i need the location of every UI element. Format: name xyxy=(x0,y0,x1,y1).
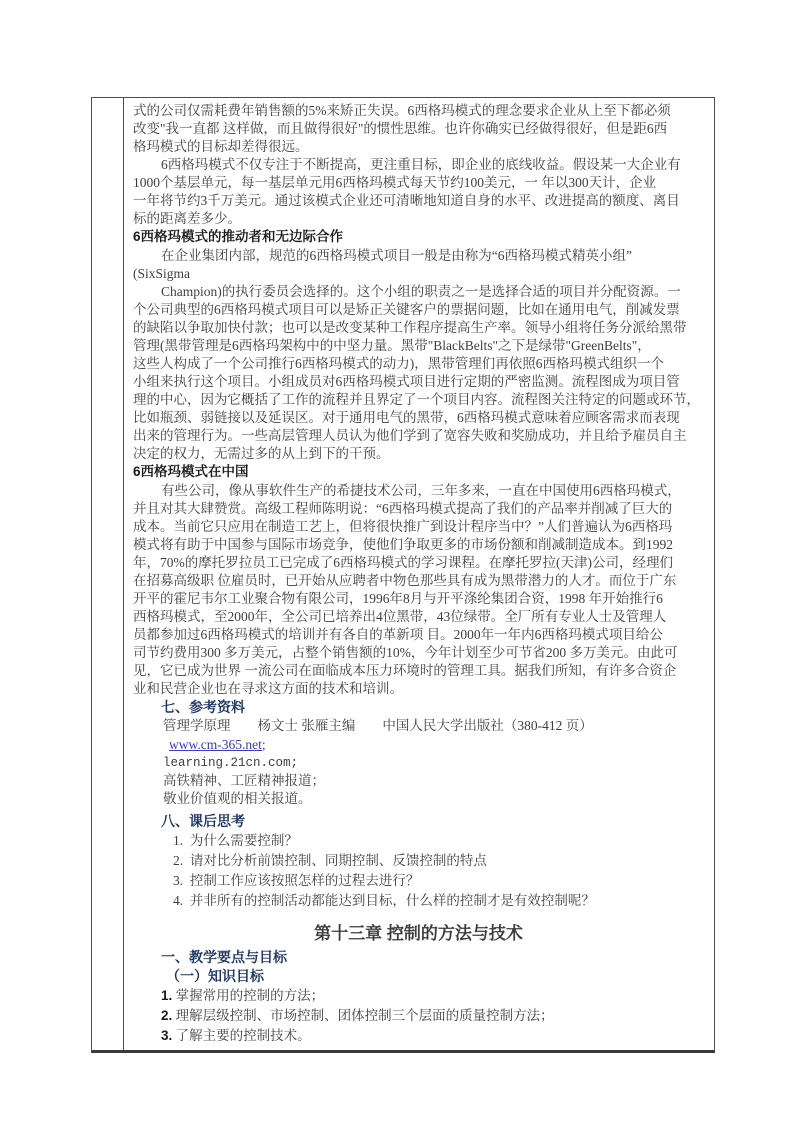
reference-url: learning.21cn.com; xyxy=(133,754,704,772)
list-number: 2. xyxy=(161,1008,172,1023)
question-list-item: 1. 为什么需要控制？ xyxy=(133,831,704,851)
reference-link[interactable]: www.cm-365.net xyxy=(169,737,262,752)
text-line: 的缺陷以争取加快付款；也可以是改变某种工作程序提高生产率。领导小组将任务分派给黑… xyxy=(133,319,704,337)
text-line: 成本。当前它只应用在制造工艺上，但将很快推广到设计程序当中？”人们普遍认为6西格… xyxy=(133,518,704,536)
reference-line: 高铁精神、工匠精神报道； xyxy=(133,772,704,790)
link-suffix: ; xyxy=(262,737,266,752)
list-number: 1. xyxy=(161,988,172,1003)
text-line: 司节约费用300 多万美元，占整个销售额的10%，今年计划至少可节省200 多万… xyxy=(133,644,704,662)
text-line: 比如瓶颈、弱链接以及延误区。对于通用电气的黑带，6西格玛模式意味着应顾客需求而表… xyxy=(133,409,704,427)
margin-column xyxy=(92,98,124,1050)
text-line: 在企业集团内部，规范的6西格玛模式项目一般是由称为“6西格玛模式精英小组” xyxy=(133,247,704,265)
content-table: 式的公司仅需耗费年销售额的5%来矫正失误。6西格玛模式的理念要求企业从上至下都必… xyxy=(91,97,715,1053)
text-line: 西格玛模式，至2000年，全公司已培养出4位黑带，43位绿带。全厂所有专业人士及… xyxy=(133,608,704,626)
subsection-heading: 6西格玛模式在中国 xyxy=(133,463,704,482)
text-line: 格玛模式的目标却差得很远。 xyxy=(133,138,704,156)
text-line: 年，70%的摩托罗拉员工已完成了6西格玛模式的学习课程。在摩托罗拉(天津)公司，… xyxy=(133,554,704,572)
document-page: { "colors": { "border": "#4d4d4d", "bord… xyxy=(0,0,794,1123)
text-line: 6西格玛模式不仅专注于不断提高，更注重目标，即企业的底线收益。假设某一大企业有 xyxy=(133,156,704,174)
reference-link-line: www.cm-365.net; xyxy=(133,736,704,754)
text-line: 有些公司，像从事软件生产的希捷技术公司，三年多来，一直在中国使用6西格玛模式， xyxy=(133,482,704,500)
section-heading-review-questions: 八、课后思考 xyxy=(133,812,704,831)
text-line: 理的中心，因为它概括了工作的流程并且界定了一个项目内容。流程图关注特定的问题或环… xyxy=(133,391,704,409)
list-text: 理解层级控制、市场控制、团体控制三个层面的质量控制方法； xyxy=(172,1008,553,1023)
subsection-heading: 6西格玛模式的推动者和无边际合作 xyxy=(133,228,704,247)
question-list-item: 2. 请对比分析前馈控制、同期控制、反馈控制的特点 xyxy=(133,851,704,871)
text-line: 在招募高级职 位雇员时，已开始从应聘者中物色那些具有成为黑带潜力的人才。而位于广… xyxy=(133,572,704,590)
text-line: 开平的霍尼韦尔工业聚合物有限公司，1996年8月与开平涤纶集团合资，1998 年… xyxy=(133,590,704,608)
text-line: 并且对其大肆赞赏。高级工程师陈明说：“6西格玛模式提高了我们的产品率并削减了巨大… xyxy=(133,500,704,518)
question-list-item: 3. 控制工作应该按照怎样的过程去进行？ xyxy=(133,871,704,891)
text-line: Champion)的执行委员会选择的。这个小组的职责之一是选择合适的项目并分配资… xyxy=(133,283,704,301)
question-list-item: 4. 并非所有的控制活动都能达到目标，什么样的控制才是有效控制呢？ xyxy=(133,891,704,911)
text-line: 管理(黑带管理是6西格玛架构中的中坚力量。黑带"BlackBelts"之下是绿带… xyxy=(133,337,704,355)
list-number: 3. xyxy=(161,1028,172,1043)
subsection-heading-knowledge-goals: （一）知识目标 xyxy=(133,967,704,986)
text-line: 模式将有助于中国参与国际市场竞争，使他们争取更多的市场份额和削减制造成本。到19… xyxy=(133,536,704,554)
text-line: 出来的管理行为。一些高层管理人员认为他们学到了宽容失败和奖励成功，并且给予雇员自… xyxy=(133,427,704,445)
reference-line: 管理学原理 杨文士 张雁主编 中国人民大学出版社（380-412 页） xyxy=(133,717,704,735)
text-line: 1000个基层单元，每一基层单元用6西格玛模式每天节约100美元，一 年以300… xyxy=(133,174,704,192)
text-line: (SixSigma xyxy=(133,265,704,283)
goal-list-item: 2. 理解层级控制、市场控制、团体控制三个层面的质量控制方法； xyxy=(133,1006,704,1026)
text-line: 决定的权力，无需过多的从上到下的干预。 xyxy=(133,445,704,463)
text-line: 个公司典型的6西格玛模式项目可以是矫正关键客户的票据问题，比如在通用电气，削减发… xyxy=(133,301,704,319)
text-line: 员都参加过6西格玛模式的培训并有各自的革新项 目。2000年一年内6西格玛模式项… xyxy=(133,626,704,644)
content-column: 式的公司仅需耗费年销售额的5%来矫正失误。6西格玛模式的理念要求企业从上至下都必… xyxy=(124,98,714,1050)
text-line: 这些人构成了一个公司推行6西格玛模式的动力)，黑带管理们再依照6西格玛模式组织一… xyxy=(133,355,704,373)
text-line: 小组来执行这个项目。小组成员对6西格玛模式项目进行定期的严密监测。流程图成为项目… xyxy=(133,373,704,391)
reference-line: 敬业价值观的相关报道。 xyxy=(133,790,704,808)
list-text: 了解主要的控制技术。 xyxy=(172,1028,310,1043)
text-line: 业和民营企业也在寻求这方面的技术和培训。 xyxy=(133,680,704,698)
text-line: 标的距离差多少。 xyxy=(133,210,704,228)
section-heading-teaching-goals: 一、教学要点与目标 xyxy=(133,948,704,967)
list-text: 掌握常用的控制的方法； xyxy=(172,988,324,1003)
text-line: 改变"我一直都 这样做，而且做得很好"的惯性思维。也许你确实已经做得很好，但是距… xyxy=(133,120,704,138)
text-line: 一年将节约3千万美元。通过该模式企业还可清晰地知道自身的水平、改进提高的额度、离… xyxy=(133,192,704,210)
chapter-title: 第十三章 控制的方法与技术 xyxy=(133,923,704,945)
goal-list-item: 1. 掌握常用的控制的方法； xyxy=(133,986,704,1006)
text-line: 见，它已成为世界 一流公司在面临成本压力环境时的管理工具。据我们所知，有许多合资… xyxy=(133,662,704,680)
text-line: 式的公司仅需耗费年销售额的5%来矫正失误。6西格玛模式的理念要求企业从上至下都必… xyxy=(133,102,704,120)
section-heading-references: 七、参考资料 xyxy=(133,698,704,717)
goal-list-item: 3. 了解主要的控制技术。 xyxy=(133,1026,704,1046)
